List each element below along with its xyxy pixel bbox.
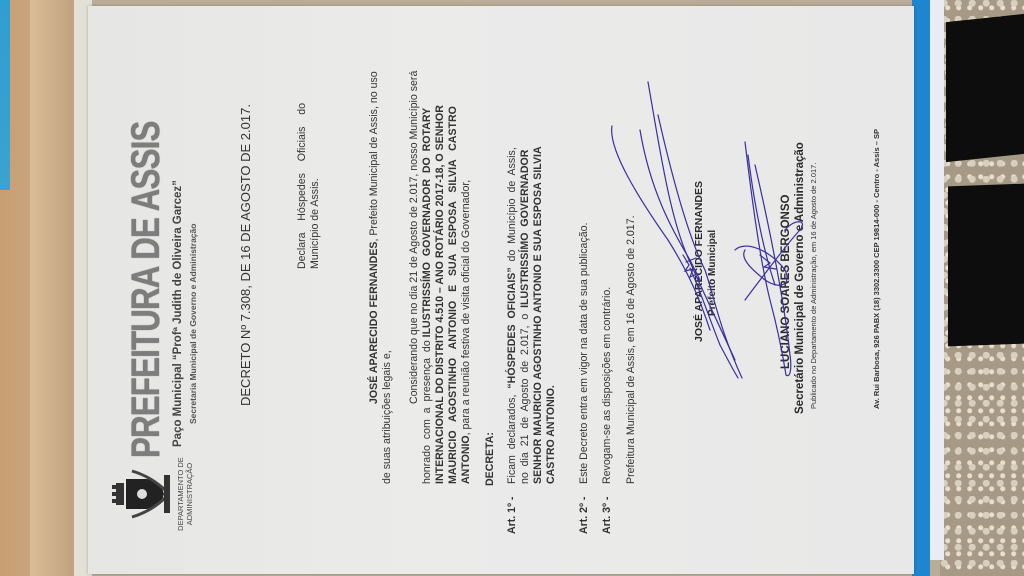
closing-line: Prefeitura Municipal de Assis, em 16 de … xyxy=(625,215,638,484)
coat-of-arms-icon xyxy=(112,469,172,519)
signatory-1-name: JOSÉ APARECIDO FERNANDES xyxy=(693,181,705,342)
header-subtitle: Paço Municipal “Profª Judith de Oliveira… xyxy=(172,180,184,447)
background-black-object xyxy=(948,184,1024,347)
article-2-label: Art. 2º - xyxy=(578,497,591,534)
decree-summary-line2: Município de Assis. xyxy=(309,178,322,269)
header-secretariat: Secretaria Municipal de Governo e Admini… xyxy=(188,224,198,424)
preamble-line2: de suas atribuições legais e, xyxy=(381,350,394,484)
article-1-label: Art. 1º - xyxy=(506,497,519,534)
folder-blue-stripe xyxy=(912,0,930,576)
preamble: JOSÉ APARECIDO FERNANDES, Prefeito Munic… xyxy=(368,71,381,404)
publication-note: Publicado no Departamento de Administraç… xyxy=(809,163,818,409)
decree-summary-line1: Declara Hóspedes Oficiais do xyxy=(296,103,309,269)
document-page: DEPARTAMENTO DE ADMINISTRAÇÃO PREFEITURA… xyxy=(88,6,914,574)
signatory-2-role: Secretário Municipal de Governo e Admini… xyxy=(794,142,806,414)
considering-paragraph: Considerando que no dia 21 de Agosto de … xyxy=(408,90,473,484)
background-plastic-sleeve xyxy=(30,0,75,576)
document-sheet: DEPARTAMENTO DE ADMINISTRAÇÃO PREFEITURA… xyxy=(88,6,914,574)
article-2-text: Este Decreto entra em vigor na data de s… xyxy=(578,223,591,484)
background-blue-object xyxy=(0,0,10,190)
article-1-text: Ficam declarados, “HÓSPEDES OFICIAIS” do… xyxy=(506,146,558,484)
background-black-object xyxy=(946,14,1024,162)
signatory-2-name: LUCIANO SOARES BERGONSO xyxy=(780,195,792,369)
footer-address: Av. Rui Barbosa, 926 PABX (18) 3302.3300… xyxy=(872,129,881,409)
signatory-1-role: Prefeito Municipal xyxy=(707,230,718,316)
article-3-label: Art. 3º - xyxy=(601,497,614,534)
decree-title: DECRETO Nº 7.308, DE 16 DE AGOSTO DE 2.0… xyxy=(238,104,253,406)
page-title: PREFEITURA DE ASSIS xyxy=(124,121,169,458)
folder-edge xyxy=(930,0,944,560)
decreta-label: DECRETA: xyxy=(484,432,497,486)
department-label: DEPARTAMENTO DE ADMINISTRAÇÃO xyxy=(176,454,194,534)
article-3-text: Revogam-se as disposições em contrário. xyxy=(601,287,614,484)
